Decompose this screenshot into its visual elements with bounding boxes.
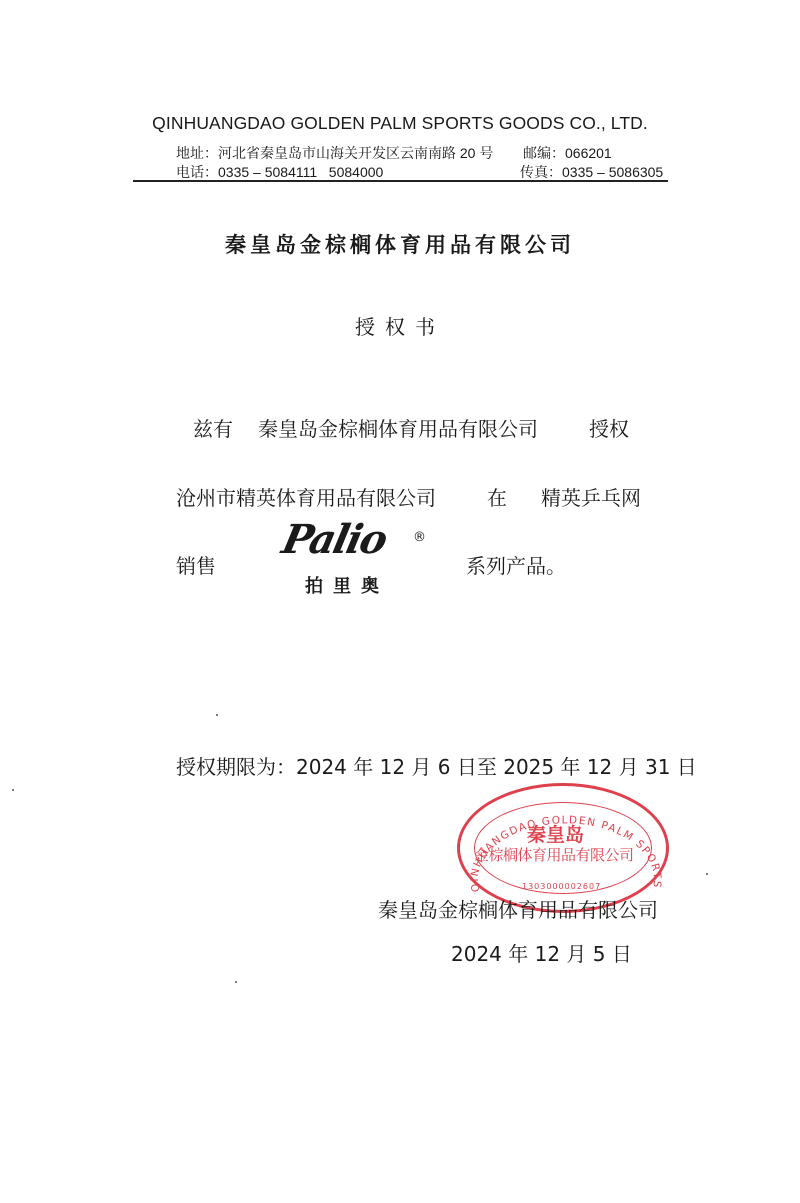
company-title: 秦皇岛金棕榈体育用品有限公司: [0, 229, 800, 259]
line2-at: 在: [487, 482, 507, 511]
line2-grantee: 沧州市精英体育用品有限公司: [176, 482, 436, 511]
letterhead-address-row: 地址：河北省秦皇岛市山海关开发区云南南路 20 号: [176, 143, 493, 163]
phone-label: 电话：: [176, 164, 218, 180]
line1-grantor: 秦皇岛金棕榈体育用品有限公司: [258, 413, 538, 442]
signature-company: 秦皇岛金棕榈体育用品有限公司: [378, 894, 658, 923]
postcode-label: 邮编：: [523, 145, 565, 161]
scan-speck: [12, 789, 14, 791]
line2-platform: 精英乒乓网: [541, 482, 641, 511]
phone-value: 0335 – 5084111 5084000: [218, 164, 383, 180]
fax-label: 传真：: [520, 164, 562, 180]
letterhead-fax: 传真：0335 – 5086305: [520, 162, 663, 182]
seal-code: 1303000002607: [522, 882, 601, 891]
signature-date: 2024 年 12 月 5 日: [451, 938, 632, 967]
address-value: 河北省秦皇岛市山海关开发区云南南路 20 号: [218, 145, 493, 161]
letterhead-divider: [133, 180, 668, 182]
scan-speck: [706, 873, 708, 875]
line1-verb: 授权: [589, 413, 629, 442]
letterhead-phone: 电话：0335 – 5084111 5084000: [176, 162, 383, 182]
letterhead-company-en: QINHUANGDAO GOLDEN PALM SPORTS GOODS CO.…: [0, 113, 800, 134]
fax-value: 0335 – 5086305: [562, 164, 663, 180]
postcode-value: 066201: [565, 145, 612, 161]
brand-logo: Palio ® 拍里奥: [275, 524, 435, 599]
brand-name-cn: 拍里奥: [305, 572, 389, 598]
line3-prefix: 销售: [176, 550, 216, 579]
address-label: 地址：: [176, 145, 218, 161]
line1-prefix: 兹有: [193, 413, 233, 442]
authorization-period: 授权期限为：2024 年 12 月 6 日至 2025 年 12 月 31 日: [176, 751, 697, 780]
letterhead-postcode: 邮编：066201: [523, 143, 612, 163]
scan-speck: [216, 714, 218, 716]
document-title: 授权书: [0, 311, 800, 340]
scan-speck: [235, 981, 237, 983]
brand-logo-script: Palio: [278, 516, 390, 563]
line3-suffix: 系列产品。: [466, 550, 566, 579]
registered-mark-icon: ®: [413, 530, 426, 545]
seal-city: 秦皇岛: [527, 820, 584, 847]
seal-company-name: 金棕榈体育用品有限公司: [474, 844, 634, 865]
